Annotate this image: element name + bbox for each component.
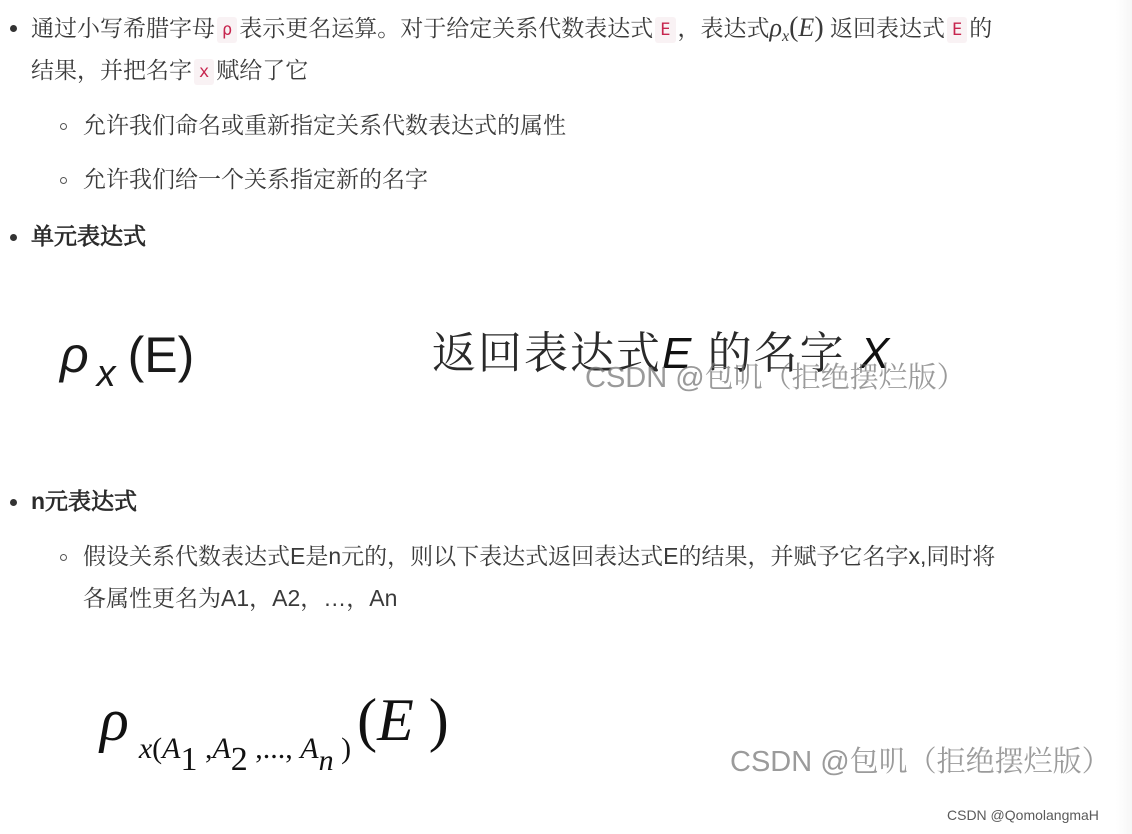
formula-rho: ρ — [100, 687, 129, 753]
rename-paragraph-line1: 通过小写希腊字母ρ表示更名运算。对于给定关系代数表达式E，表达式ρx(E) 返回… — [31, 13, 992, 52]
arg-E: E — [377, 687, 414, 753]
sub-comma: , — [197, 732, 212, 765]
nary-sub-item-line1: 假设关系代数表达式E是n元的，则以下表达式返回表达式E的结果，并赋予它名字x,同… — [83, 541, 995, 571]
sub-x: x — [139, 732, 152, 765]
sub-bullet-circle — [60, 554, 67, 561]
image-watermark: CSDN @包叽（拒绝摆烂版） — [585, 358, 966, 398]
text: 通过小写希腊字母 — [31, 15, 215, 41]
text: 结果，并把名字 — [31, 57, 192, 83]
arg-paren-close: ) — [414, 687, 449, 753]
math-rho: ρ — [770, 13, 782, 42]
sub-index-2: 2 — [231, 741, 248, 778]
nary-heading: n元表达式 — [31, 486, 137, 516]
inline-code-rho: ρ — [217, 17, 237, 43]
unary-expression-image: ρx(E) 返回表达式E 的名字 X CSDN @包叽（拒绝摆烂版） — [40, 300, 1000, 420]
math-E: E — [798, 13, 814, 42]
text: 表示更名运算。对于给定关系代数表达式 — [239, 15, 653, 41]
sub-bullet-circle — [60, 177, 67, 184]
inline-code-E: E — [947, 17, 967, 43]
unary-heading: 单元表达式 — [31, 221, 146, 251]
math-paren-close: ) — [814, 12, 823, 43]
unary-formula: ρx(E) — [60, 320, 194, 395]
sub-A: A — [300, 732, 318, 765]
nary-formula: ρx(A1 ,A2 ,..., An )(E ) — [100, 680, 449, 760]
document-page: 通过小写希腊字母ρ表示更名运算。对于给定关系代数表达式E，表达式ρx(E) 返回… — [0, 0, 1132, 834]
text: 返回表达式 — [824, 15, 945, 41]
footer-watermark: CSDN @QomolangmaH — [947, 806, 1099, 824]
formula-subscript: x(A1 ,A2 ,..., An ) — [139, 732, 351, 765]
sub-A: A — [162, 732, 180, 765]
sub-item: 允许我们给一个关系指定新的名字 — [83, 164, 428, 194]
bullet-dot — [10, 499, 17, 506]
sub-bullet-circle — [60, 123, 67, 130]
text: 的 — [969, 15, 992, 41]
formula-sub-x: x — [97, 353, 116, 395]
bullet-dot — [10, 25, 17, 32]
sub-A: A — [212, 732, 230, 765]
nary-expression-image: ρx(A1 ,A2 ,..., An )(E ) CSDN @包叽（拒绝摆烂版） — [80, 670, 1120, 790]
bullet-dot — [10, 234, 17, 241]
inline-code-x: x — [194, 59, 214, 85]
rename-paragraph-line2: 结果，并把名字x赋给了它 — [31, 55, 308, 85]
text: 赋给了它 — [216, 57, 308, 83]
sub-index-n: n — [319, 744, 334, 777]
sub-index-1: 1 — [180, 741, 197, 778]
text: ，表达式 — [678, 15, 770, 41]
formula-arg: (E ) — [357, 687, 449, 753]
nary-sub-item-line2: 各属性更名为A1，A2，…，An — [83, 583, 397, 613]
sub-paren-open: ( — [152, 732, 162, 765]
formula-rho: ρ — [60, 327, 89, 383]
sub-item: 允许我们命名或重新指定关系代数表达式的属性 — [83, 110, 566, 140]
sub-ellipsis: ,..., — [248, 732, 301, 765]
sub-paren-close: ) — [334, 732, 352, 765]
inline-code-E: E — [655, 17, 675, 43]
arg-paren-open: ( — [357, 687, 377, 753]
formula-arg: (E) — [128, 327, 195, 383]
image-watermark: CSDN @包叽（拒绝摆烂版） — [730, 742, 1111, 782]
